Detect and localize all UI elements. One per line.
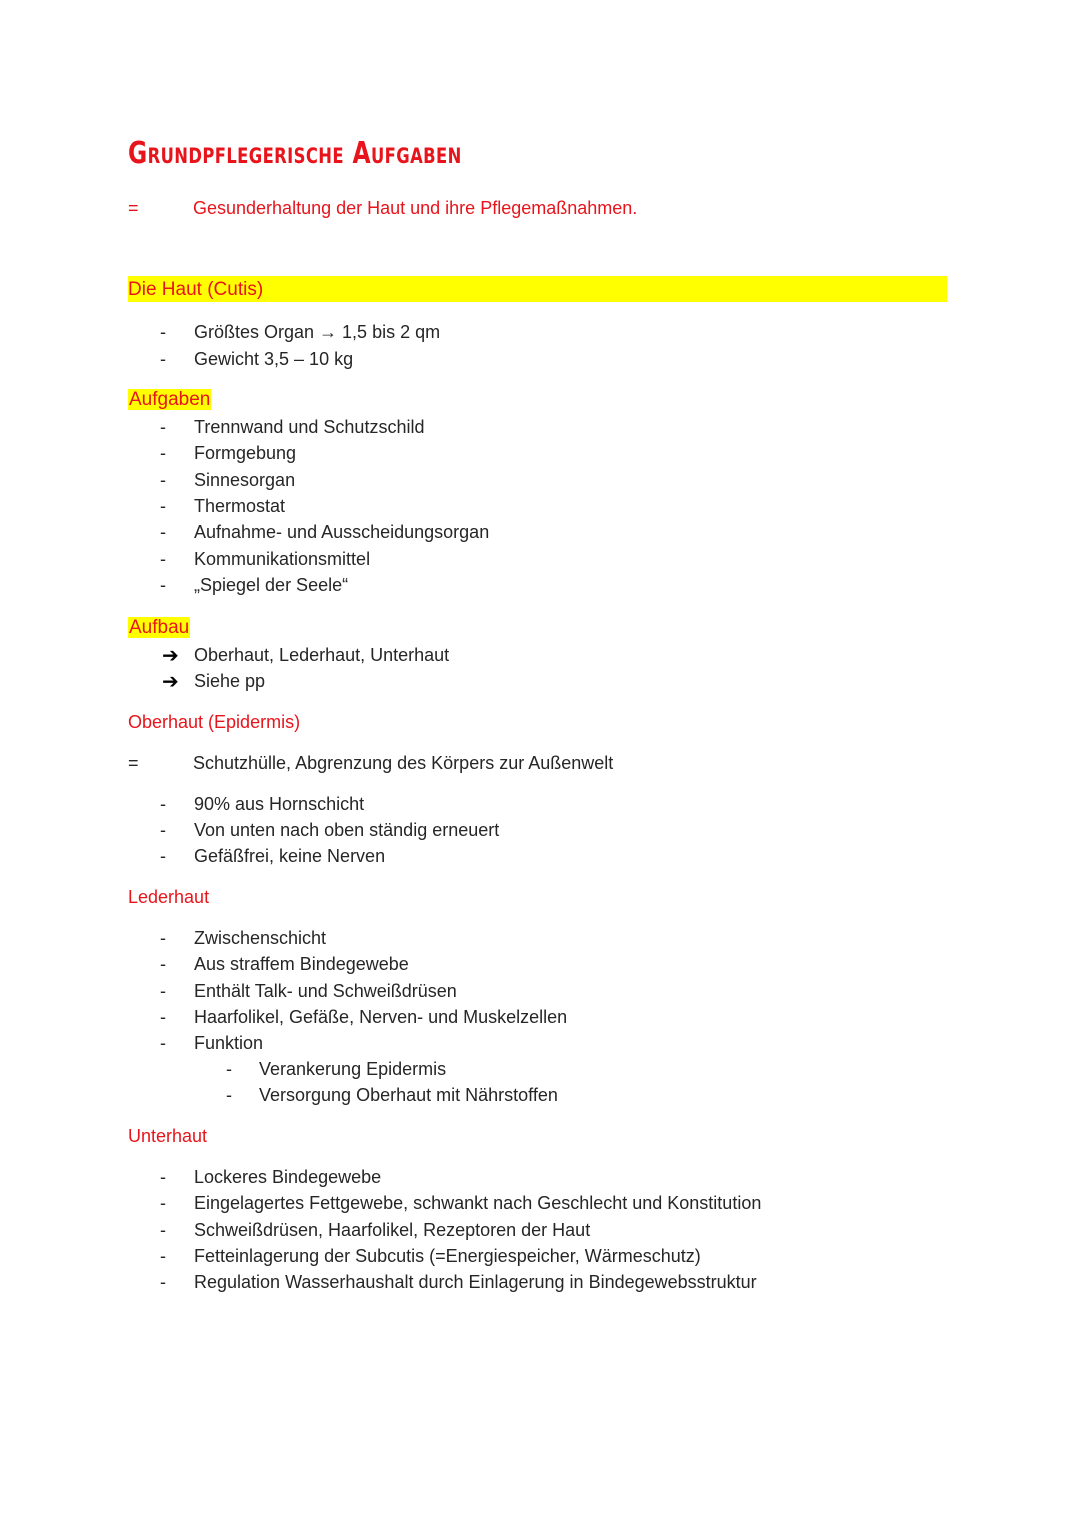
subtitle-text: Gesunderhaltung der Haut und ihre Pflege… bbox=[193, 197, 637, 219]
bullet-dash: - bbox=[160, 793, 166, 815]
subtitle-marker: = bbox=[128, 197, 139, 219]
arrow-icon: ➔ bbox=[162, 643, 179, 668]
bullet-dash: - bbox=[160, 845, 166, 867]
list-item: „Spiegel der Seele“ bbox=[194, 574, 348, 596]
bullet-dash: - bbox=[160, 980, 166, 1002]
bullet-dash: - bbox=[160, 1166, 166, 1188]
heading-aufbau-text: Aufbau bbox=[128, 617, 190, 638]
list-item: Formgebung bbox=[194, 442, 296, 464]
list-item: Versorgung Oberhaut mit Nährstoffen bbox=[259, 1084, 558, 1106]
list-item: Gewicht 3,5 – 10 kg bbox=[194, 348, 353, 370]
list-item: Trennwand und Schutzschild bbox=[194, 416, 424, 438]
list-item: Größtes Organ → 1,5 bis 2 qm bbox=[194, 321, 440, 343]
bullet-dash: - bbox=[160, 819, 166, 841]
bullet-dash: - bbox=[160, 469, 166, 491]
bullet-dash: - bbox=[160, 1006, 166, 1028]
bullet-dash: - bbox=[160, 927, 166, 949]
list-item: Schweißdrüsen, Haarfolikel, Rezeptoren d… bbox=[194, 1219, 590, 1241]
bullet-dash: - bbox=[160, 574, 166, 596]
list-item: Haarfolikel, Gefäße, Nerven- und Muskelz… bbox=[194, 1006, 567, 1028]
list-item: Verankerung Epidermis bbox=[259, 1058, 446, 1080]
heading-aufbau: Aufbau bbox=[128, 617, 190, 639]
bullet-dash: - bbox=[160, 1032, 166, 1054]
list-item: Aufnahme- und Ausscheidungsorgan bbox=[194, 521, 489, 543]
bullet-dash: - bbox=[160, 1245, 166, 1267]
list-item: Regulation Wasserhaushalt durch Einlager… bbox=[194, 1271, 757, 1293]
bullet-dash: - bbox=[226, 1058, 232, 1080]
list-item: Aus straffem Bindegewebe bbox=[194, 953, 409, 975]
heading-oberhaut: Oberhaut (Epidermis) bbox=[128, 711, 300, 733]
bullet-dash: - bbox=[160, 416, 166, 438]
oberhaut-definition: Schutzhülle, Abgrenzung des Körpers zur … bbox=[193, 752, 613, 774]
heading-aufgaben: Aufgaben bbox=[128, 389, 211, 411]
heading-aufgaben-text: Aufgaben bbox=[128, 389, 211, 410]
page-title: Grundpflegerische Aufgaben bbox=[128, 136, 462, 171]
list-item: Von unten nach oben ständig erneuert bbox=[194, 819, 499, 841]
bullet-dash: - bbox=[160, 321, 166, 343]
list-item: Fetteinlagerung der Subcutis (=Energiesp… bbox=[194, 1245, 701, 1267]
heading-unterhaut: Unterhaut bbox=[128, 1125, 207, 1147]
bullet-dash: - bbox=[160, 1219, 166, 1241]
bullet-dash: - bbox=[226, 1084, 232, 1106]
definition-marker: = bbox=[128, 752, 139, 774]
list-item: 90% aus Hornschicht bbox=[194, 793, 364, 815]
list-item: Kommunikationsmittel bbox=[194, 548, 370, 570]
bullet-dash: - bbox=[160, 953, 166, 975]
bullet-dash: - bbox=[160, 1271, 166, 1293]
bullet-dash: - bbox=[160, 521, 166, 543]
bullet-dash: - bbox=[160, 495, 166, 517]
list-item: Thermostat bbox=[194, 495, 285, 517]
list-item: Eingelagertes Fettgewebe, schwankt nach … bbox=[194, 1192, 761, 1214]
list-item: Siehe pp bbox=[194, 670, 265, 692]
bullet-dash: - bbox=[160, 548, 166, 570]
heading-lederhaut: Lederhaut bbox=[128, 886, 209, 908]
heading-haut: Die Haut (Cutis) bbox=[128, 279, 263, 301]
list-item: Oberhaut, Lederhaut, Unterhaut bbox=[194, 644, 449, 666]
bullet-dash: - bbox=[160, 1192, 166, 1214]
bullet-dash: - bbox=[160, 348, 166, 370]
list-item: Gefäßfrei, keine Nerven bbox=[194, 845, 385, 867]
list-item: Zwischenschicht bbox=[194, 927, 326, 949]
list-item: Funktion bbox=[194, 1032, 263, 1054]
list-item: Lockeres Bindegewebe bbox=[194, 1166, 381, 1188]
arrow-icon: ➔ bbox=[162, 669, 179, 694]
bullet-dash: - bbox=[160, 442, 166, 464]
list-item: Enthält Talk- und Schweißdrüsen bbox=[194, 980, 457, 1002]
list-item: Sinnesorgan bbox=[194, 469, 295, 491]
